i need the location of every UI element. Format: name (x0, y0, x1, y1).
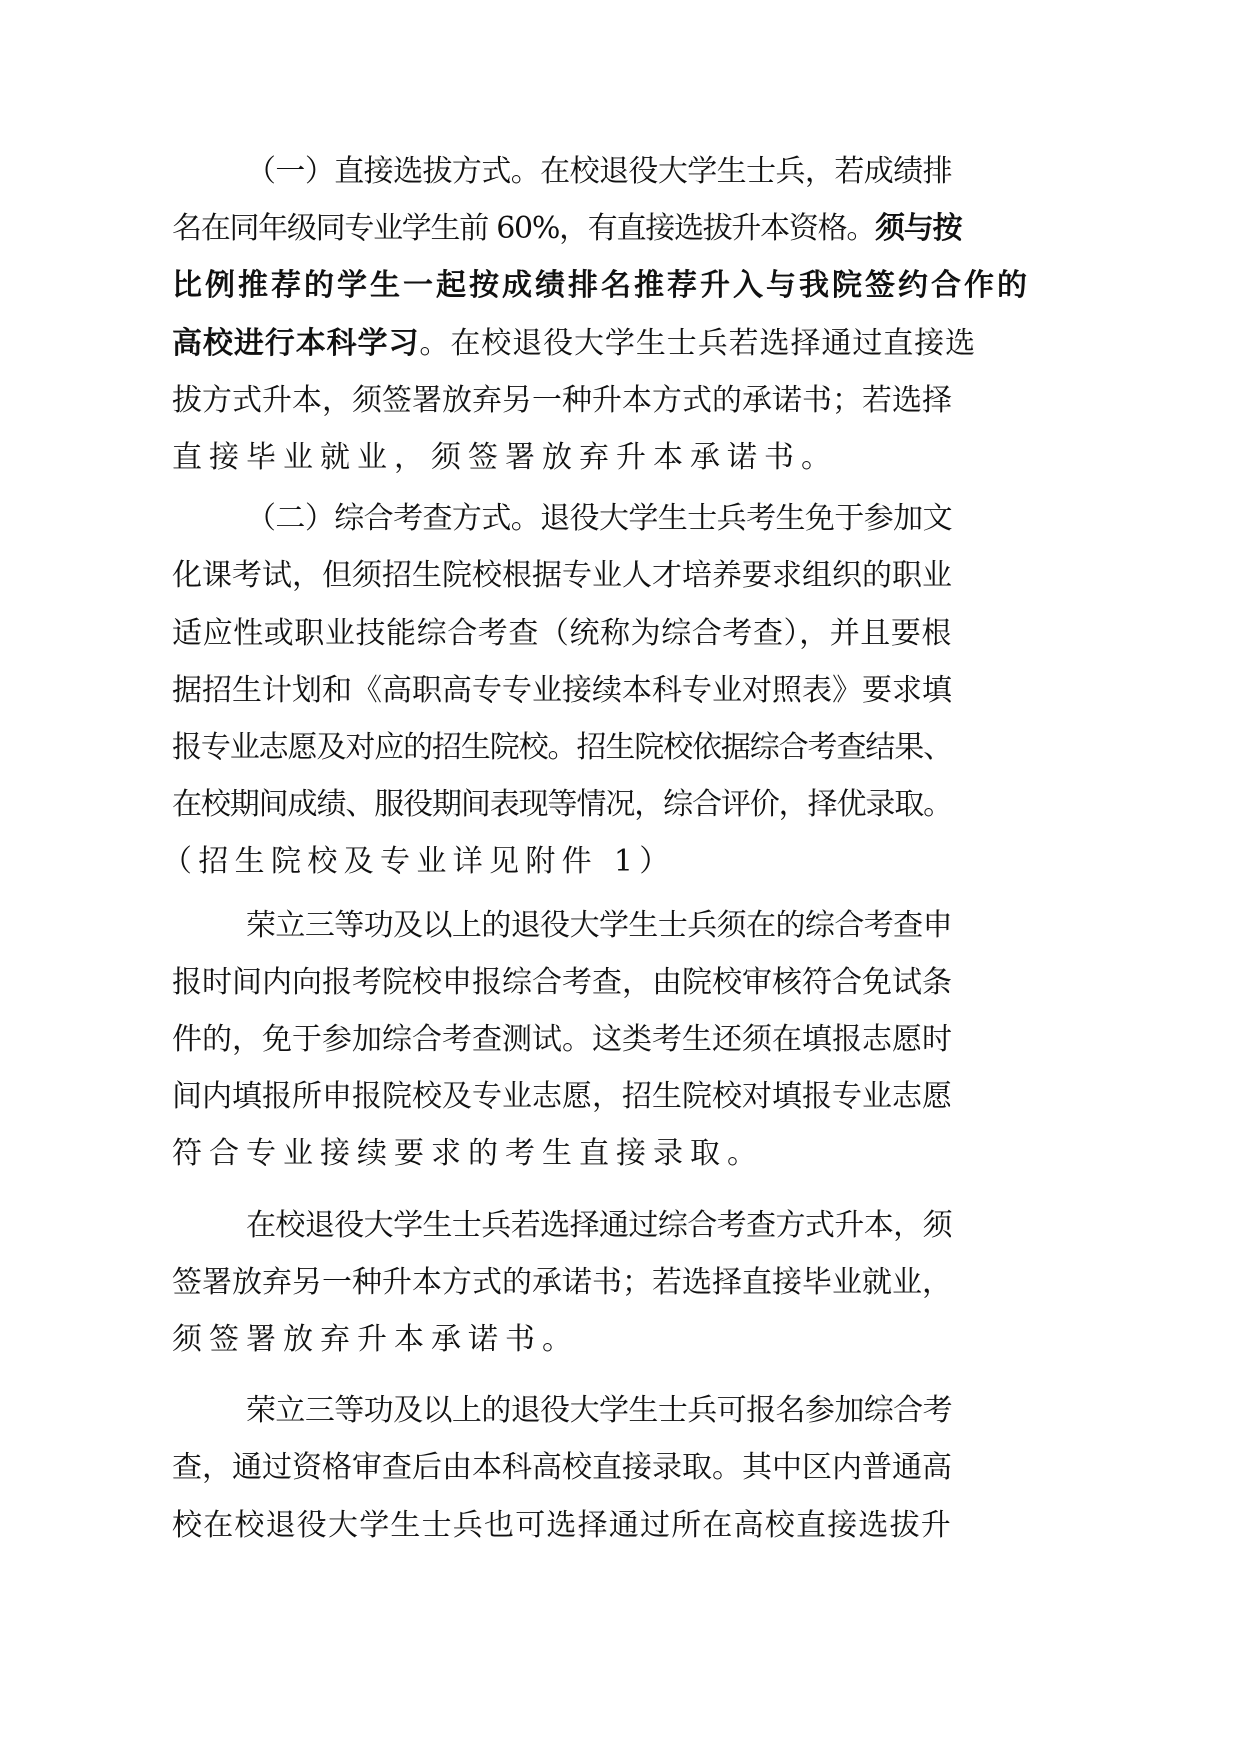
text-run: 间内填报所申报院校及专业志愿，招生院校对填报专业志愿 (172, 1079, 952, 1114)
paragraph-direct-selection: （一）直接选拔方式。在校退役大学生士兵，若成绩排名在同年级同专业学生前 60%，… (172, 143, 952, 486)
text-line: 查，通过资格审查后由本科高校直接录取。其中区内普通高 (172, 1439, 952, 1496)
text-run: （一）直接选拔方式。在校退役大学生士兵，若成绩排 (246, 154, 952, 189)
text-run: （招生院校及专业详见附件 1） (162, 844, 676, 879)
text-run: 报专业志愿及对应的招生院校。招生院校依据综合考查结果、 (172, 730, 952, 765)
text-run: 须签署放弃升本承诺书。 (172, 1322, 579, 1357)
text-line: 符合专业接续要求的考生直接录取。 (172, 1125, 952, 1182)
text-line: 比例推荐的学生一起按成绩排名推荐升入与我院签约合作的 (172, 257, 952, 314)
text-line: （二）综合考查方式。退役大学生士兵考生免于参加文 (172, 490, 952, 547)
document-body: （一）直接选拔方式。在校退役大学生士兵，若成绩排名在同年级同专业学生前 60%，… (172, 143, 952, 1554)
text-line: 适应性或职业技能综合考查（统称为综合考查），并且要根 (172, 605, 952, 662)
text-line: 签署放弃另一种升本方式的承诺书；若选择直接毕业就业， (172, 1254, 952, 1311)
text-run: 名在同年级同专业学生前 60%，有直接选拔升本资格。 (172, 211, 875, 246)
text-run: 签署放弃另一种升本方式的承诺书；若选择直接毕业就业， (172, 1265, 952, 1300)
text-line: 高校进行本科学习。在校退役大学生士兵若选择通过直接选 (172, 315, 952, 372)
bold-text-run: 比例推荐的学生一起按成绩排名推荐升入与我院签约合作的 (172, 268, 1030, 303)
text-run: 据招生计划和《高职高专专业接续本科专业对照表》要求填 (172, 673, 952, 708)
text-line: 拔方式升本，须签署放弃另一种升本方式的承诺书；若选择 (172, 372, 952, 429)
text-run: 在校退役大学生士兵若选择通过综合考查方式升本，须 (246, 1208, 952, 1243)
paragraph-comprehensive-review: （二）综合考查方式。退役大学生士兵考生免于参加文化课考试，但须招生院校根据专业人… (172, 490, 952, 890)
text-line: 在校退役大学生士兵若选择通过综合考查方式升本，须 (172, 1197, 952, 1254)
paragraph-review-commitment: 在校退役大学生士兵若选择通过综合考查方式升本，须签署放弃另一种升本方式的承诺书；… (172, 1197, 952, 1369)
text-run: 件的，免于参加综合考查测试。这类考生还须在填报志愿时 (172, 1022, 952, 1057)
text-run: 拔方式升本，须签署放弃另一种升本方式的承诺书；若选择 (172, 383, 952, 418)
text-run: （二）综合考查方式。退役大学生士兵考生免于参加文 (246, 501, 952, 536)
text-run: 查，通过资格审查后由本科高校直接录取。其中区内普通高 (172, 1450, 952, 1485)
text-line: 在校期间成绩、服役期间表现等情况，综合评价，择优录取。 (172, 776, 952, 833)
text-line: 报时间内向报考院校申报综合考查，由院校审核符合免试条 (172, 954, 952, 1011)
text-line: 报专业志愿及对应的招生院校。招生院校依据综合考查结果、 (172, 719, 952, 776)
text-line: 间内填报所申报院校及专业志愿，招生院校对填报专业志愿 (172, 1068, 952, 1125)
paragraph-merit-admission: 荣立三等功及以上的退役大学生士兵可报名参加综合考查，通过资格审查后由本科高校直接… (172, 1382, 952, 1554)
text-line: 化课考试，但须招生院校根据专业人才培养要求组织的职业 (172, 547, 952, 604)
text-line: （一）直接选拔方式。在校退役大学生士兵，若成绩排 (172, 143, 952, 200)
document-page: （一）直接选拔方式。在校退役大学生士兵，若成绩排名在同年级同专业学生前 60%，… (172, 143, 952, 1554)
text-line: 直接毕业就业，须签署放弃升本承诺书。 (172, 429, 952, 486)
text-run: 直接毕业就业，须签署放弃升本承诺书。 (172, 440, 838, 475)
text-line: 据招生计划和《高职高专专业接续本科专业对照表》要求填 (172, 662, 952, 719)
text-line: 件的，免于参加综合考查测试。这类考生还须在填报志愿时 (172, 1011, 952, 1068)
text-run: 荣立三等功及以上的退役大学生士兵须在的综合考查申 (246, 908, 952, 943)
text-run: 在校期间成绩、服役期间表现等情况，综合评价，择优录取。 (172, 787, 952, 822)
text-run: 符合专业接续要求的考生直接录取。 (172, 1136, 764, 1171)
text-line: 荣立三等功及以上的退役大学生士兵须在的综合考查申 (172, 897, 952, 954)
text-run: 化课考试，但须招生院校根据专业人才培养要求组织的职业 (172, 558, 952, 593)
text-run: 荣立三等功及以上的退役大学生士兵可报名参加综合考 (246, 1393, 952, 1428)
text-run: 适应性或职业技能综合考查（统称为综合考查），并且要根 (172, 616, 952, 651)
text-line: 校在校退役大学生士兵也可选择通过所在高校直接选拔升 (172, 1497, 952, 1554)
text-run: 校在校退役大学生士兵也可选择通过所在高校直接选拔升 (172, 1508, 952, 1543)
text-run: 报时间内向报考院校申报综合考查，由院校审核符合免试条 (172, 965, 952, 1000)
text-line: （招生院校及专业详见附件 1） (162, 833, 952, 890)
bold-text-run: 须与按 (875, 211, 961, 246)
text-line: 名在同年级同专业学生前 60%，有直接选拔升本资格。须与按 (172, 200, 952, 257)
paragraph-merit-exemption: 荣立三等功及以上的退役大学生士兵须在的综合考查申报时间内向报考院校申报综合考查，… (172, 897, 952, 1183)
bold-text-run: 高校进行本科学习 (172, 326, 419, 361)
text-line: 荣立三等功及以上的退役大学生士兵可报名参加综合考 (172, 1382, 952, 1439)
text-run: 。在校退役大学生士兵若选择通过直接选 (419, 326, 976, 361)
text-line: 须签署放弃升本承诺书。 (172, 1311, 952, 1368)
